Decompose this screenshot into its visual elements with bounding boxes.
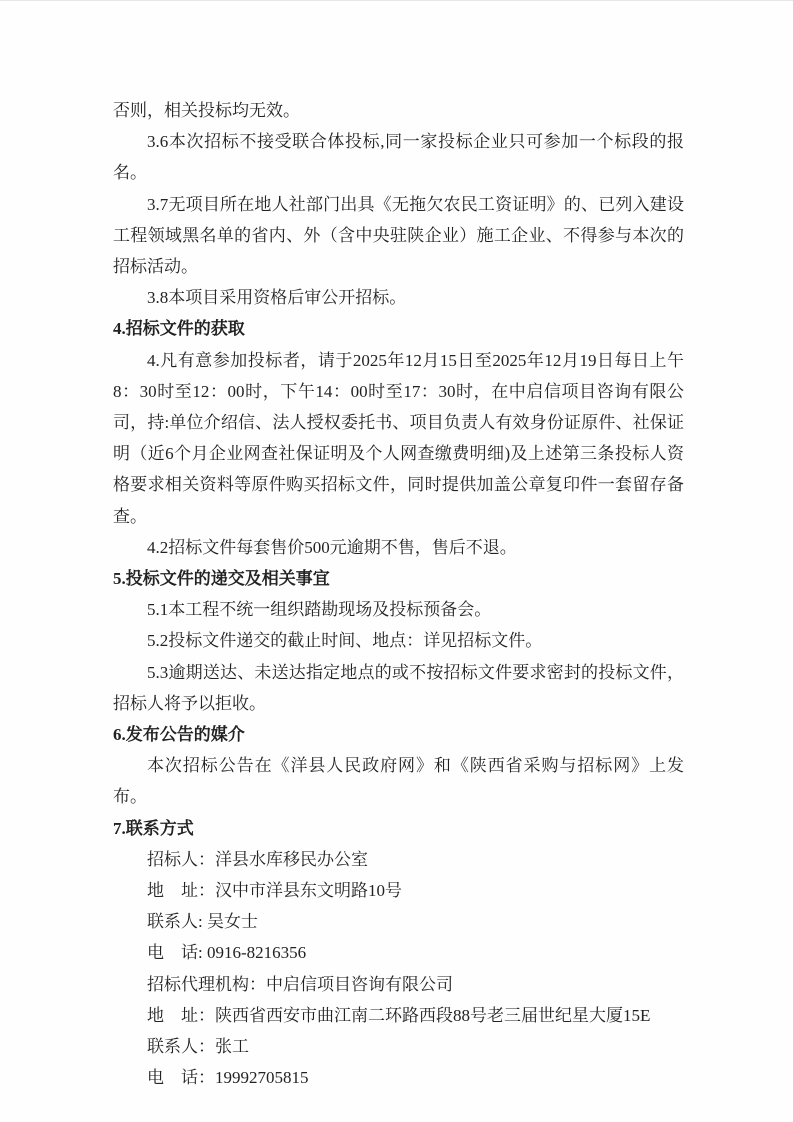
paragraph-5-1: 5.1本工程不统一组织踏勘现场及投标预备会。 [113, 594, 684, 625]
paragraph-5-2: 5.2投标文件递交的截止时间、地点：详见招标文件。 [113, 625, 684, 656]
contact-line-tenderer-phone: 电 话: 0916-8216356 [113, 937, 684, 968]
paragraph-6-body: 本次招标公告在《洋县人民政府网》和《陕西省采购与招标网》上发布。 [113, 750, 684, 812]
contact-line-agency-contact-person: 联系人：张工 [113, 1031, 684, 1062]
heading-section-4-document-acquisition: 4.招标文件的获取 [113, 313, 684, 344]
paragraph-carryover: 否则，相关投标均无效。 [113, 95, 684, 126]
heading-section-7-contact-info: 7.联系方式 [113, 813, 684, 844]
paragraph-3-8: 3.8本项目采用资格后审公开招标。 [113, 282, 684, 313]
contact-line-agency-address: 地 址：陕西省西安市曲江南二环路西段88号老三届世纪星大厦15E [113, 1000, 684, 1031]
paragraph-3-7: 3.7无项目所在地人社部门出具《无拖欠农民工资证明》的、已列入建设工程领域黑名单… [113, 189, 684, 283]
contact-line-agency: 招标代理机构：中启信项目咨询有限公司 [113, 969, 684, 1000]
document-content: 否则，相关投标均无效。 3.6本次招标不接受联合体投标,同一家投标企业只可参加一… [113, 95, 684, 1094]
heading-section-5-bid-submission: 5.投标文件的递交及相关事宜 [113, 563, 684, 594]
paragraph-3-6: 3.6本次招标不接受联合体投标,同一家投标企业只可参加一个标段的报名。 [113, 126, 684, 188]
contact-line-tenderer-contact-person: 联系人: 吴女士 [113, 906, 684, 937]
document-page: 否则，相关投标均无效。 3.6本次招标不接受联合体投标,同一家投标企业只可参加一… [0, 0, 793, 1122]
contact-line-tenderer-address: 地 址：汉中市洋县东文明路10号 [113, 875, 684, 906]
contact-line-agency-phone: 电 话：19992705815 [113, 1062, 684, 1093]
contact-line-tenderer: 招标人：洋县水库移民办公室 [113, 844, 684, 875]
paragraph-4-2: 4.2招标文件每套售价500元逾期不售，售后不退。 [113, 532, 684, 563]
paragraph-4-obtain: 4.凡有意参加投标者，请于2025年12月15日至2025年12月19日每日上午… [113, 345, 684, 532]
page-top-edge [0, 0, 793, 1]
heading-section-6-announcement-media: 6.发布公告的媒介 [113, 719, 684, 750]
paragraph-5-3: 5.3逾期送达、未送达指定地点的或不按招标文件要求密封的投标文件，招标人将予以拒… [113, 657, 684, 719]
